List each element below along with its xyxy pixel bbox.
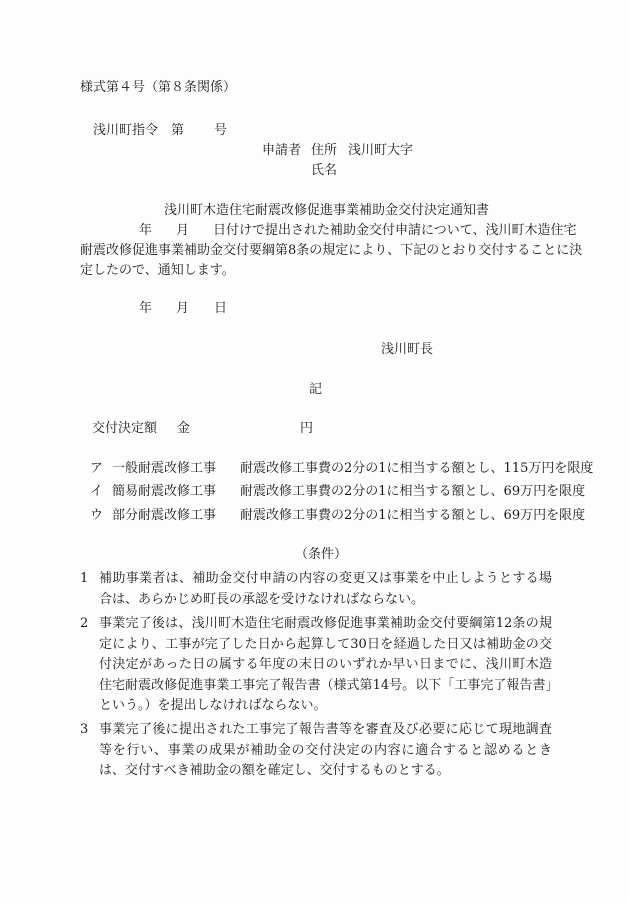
item-desc: 耐震改修工事費の2分の1に相当する額とし、115万円を限度 bbox=[240, 459, 593, 479]
body-month: 月 bbox=[176, 221, 189, 241]
body-line1: 日付けで提出された補助金交付申請について、浅川町木造住宅 bbox=[213, 221, 576, 241]
document-title: 浅川町木造住宅耐震改修促進事業補助金交付決定通知書 bbox=[164, 201, 489, 221]
condition-number: 1 bbox=[80, 569, 88, 590]
condition-number: 2 bbox=[80, 614, 88, 635]
condition-item: 1 補助事業者は、補助金交付申請の内容の変更又は事業を中止しようとする場合は、あ… bbox=[80, 569, 552, 610]
condition-item: 2 事業完了後は、浅川町木造住宅耐震改修促進事業補助金交付要綱第12条の規定によ… bbox=[80, 614, 552, 717]
item-mark: ア bbox=[90, 459, 112, 479]
item-desc: 耐震改修工事費の2分の1に相当する額とし、69万円を限度 bbox=[240, 506, 585, 526]
ki-heading: 記 bbox=[309, 380, 322, 400]
date-year: 年 bbox=[139, 299, 152, 319]
condition-item: 3 事業完了後に提出された工事完了報告書等を審査及び必要に応じて現地調査等を行い… bbox=[80, 720, 552, 782]
date-month: 月 bbox=[176, 299, 189, 319]
amount-label: 交付決定額 bbox=[92, 419, 157, 439]
subsidy-item: イ簡易耐震改修工事耐震改修工事費の2分の1に相当する額とし、69万円を限度 bbox=[90, 482, 585, 502]
address-value: 浅川町大字 bbox=[348, 141, 413, 161]
item-mark: ウ bbox=[90, 506, 112, 526]
subsidy-item: ア一般耐震改修工事耐震改修工事費の2分の1に相当する額とし、115万円を限度 bbox=[90, 459, 593, 479]
applicant-label: 申請者 bbox=[262, 141, 301, 161]
item-kind: 一般耐震改修工事 bbox=[112, 459, 240, 479]
issuer: 浅川町長 bbox=[381, 340, 433, 360]
directive-number-prefix: 浅川町指令 第 bbox=[93, 121, 184, 141]
subsidy-item: ウ部分耐震改修工事耐震改修工事費の2分の1に相当する額とし、69万円を限度 bbox=[90, 506, 585, 526]
name-label: 氏名 bbox=[311, 161, 337, 181]
item-kind: 簡易耐震改修工事 bbox=[112, 482, 240, 502]
form-number: 様式第４号（第８条関係） bbox=[80, 78, 236, 98]
item-kind: 部分耐震改修工事 bbox=[112, 506, 240, 526]
body-year: 年 bbox=[139, 221, 152, 241]
body-line3: 定したので、通知します。 bbox=[80, 261, 235, 281]
condition-text: 補助事業者は、補助金交付申請の内容の変更又は事業を中止しようとする場合は、あらか… bbox=[99, 569, 552, 610]
date-day: 日 bbox=[214, 299, 227, 319]
directive-number-suffix: 号 bbox=[214, 121, 227, 141]
amount-kin: 金 bbox=[177, 419, 190, 439]
item-desc: 耐震改修工事費の2分の1に相当する額とし、69万円を限度 bbox=[240, 482, 585, 502]
body-line2: 耐震改修促進事業補助金交付要綱第8条の規定により、下記のとおり交付することに決 bbox=[80, 241, 582, 261]
amount-yen: 円 bbox=[300, 419, 313, 439]
condition-text: 事業完了後に提出された工事完了報告書等を審査及び必要に応じて現地調査等を行い、事… bbox=[99, 720, 552, 782]
conditions-title: （条件） bbox=[295, 545, 347, 565]
address-label: 住所 bbox=[311, 141, 337, 161]
condition-text: 事業完了後は、浅川町木造住宅耐震改修促進事業補助金交付要綱第12条の規定により、… bbox=[99, 614, 552, 717]
item-mark: イ bbox=[90, 482, 112, 502]
condition-number: 3 bbox=[80, 720, 88, 741]
